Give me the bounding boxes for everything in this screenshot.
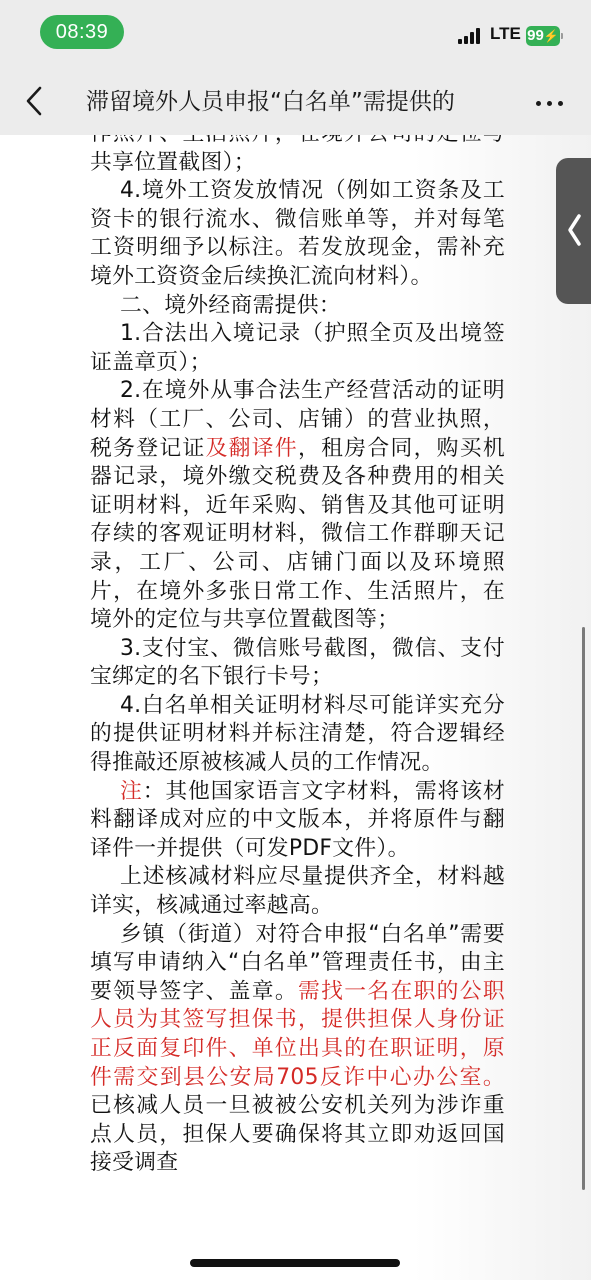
page-title: 滞留境外人员申报“白名单”需提供的: [86, 84, 506, 120]
document-content: 作照片、生活照片，在境外公司的定位与共享位置截图）；4.境外工资发放情况（例如工…: [90, 120, 505, 1178]
paragraph-text: 已核减人员一旦被被公安机关列为涉诈重点人员，担保人要确保将其立即劝返回国接受调查: [90, 1093, 505, 1175]
battery-level: 99: [527, 27, 544, 44]
chevron-left-icon: [18, 78, 58, 122]
status-bar: 08:39 LTE 99⚡: [0, 0, 591, 70]
scrollbar[interactable]: [582, 627, 585, 1190]
paragraph-text: ：其他国家语言文字材料，需将该材料翻译成对应的中文版本，并将原件与翻译件一并提供…: [90, 779, 505, 861]
highlighted-text: 及翻译件: [206, 436, 298, 461]
battery-icon: 99⚡: [526, 26, 560, 46]
doc-paragraph: 2.在境外从事合法生产经营活动的证明材料（工厂、公司、店铺）的营业执照，税务登记…: [90, 377, 505, 634]
more-dot: [536, 101, 541, 106]
charging-bolt-icon: ⚡: [544, 29, 559, 43]
paragraph-text: 4.白名单相关证明材料尽可能详实充分的提供证明材料并标注清楚，符合逻辑经得推敲还…: [90, 693, 505, 775]
chevron-left-icon: [564, 210, 586, 250]
paragraph-text: 上述核减材料应尽量提供齐全，材料越详实，核减通过率越高。: [90, 864, 505, 918]
doc-paragraph: 4.白名单相关证明材料尽可能详实充分的提供证明材料并标注清楚，符合逻辑经得推敲还…: [90, 692, 505, 778]
doc-paragraph: 上述核减材料应尽量提供齐全，材料越详实，核减通过率越高。: [90, 863, 505, 920]
more-dot: [547, 101, 552, 106]
nav-header: 滞留境外人员申报“白名单”需提供的: [0, 70, 591, 135]
more-button[interactable]: [530, 88, 570, 118]
highlighted-text: 注: [120, 779, 143, 804]
network-type: LTE: [490, 24, 521, 44]
more-dot: [558, 101, 563, 106]
title-fade: [466, 84, 506, 120]
doc-paragraph: 3.支付宝、微信账号截图，微信、支付宝绑定的名下银行卡号；: [90, 635, 505, 692]
doc-paragraph: 乡镇（街道）对符合申报“白名单”需要填写申请纳入“白名单”管理责任书，由主要领导…: [90, 921, 505, 1178]
back-button[interactable]: [18, 78, 58, 122]
battery-nub: [561, 33, 563, 39]
status-time: 08:39: [40, 15, 124, 49]
doc-paragraph: 注：其他国家语言文字材料，需将该材料翻译成对应的中文版本，并将原件与翻译件一并提…: [90, 778, 505, 864]
signal-icon: [458, 28, 484, 44]
paragraph-text: 3.支付宝、微信账号截图，微信、支付宝绑定的名下银行卡号；: [90, 636, 505, 690]
paragraph-text: 二、境外经商需提供：: [120, 293, 341, 318]
doc-paragraph: 1.合法出入境记录（护照全页及出境签证盖章页）；: [90, 320, 505, 377]
paragraph-text: 4.境外工资发放情况（例如工资条及工资卡的银行流水、微信账单等，并对每笔工资明细…: [90, 178, 505, 289]
paragraph-text: ，租房合同，购买机器记录，境外缴交税费及各种费用的相关证明材料，近年采购、销售及…: [90, 436, 505, 633]
doc-paragraph: 二、境外经商需提供：: [90, 292, 505, 321]
home-indicator[interactable]: [190, 1259, 400, 1267]
doc-paragraph: 4.境外工资发放情况（例如工资条及工资卡的银行流水、微信账单等，并对每笔工资明细…: [90, 177, 505, 291]
paragraph-text: 1.合法出入境记录（护照全页及出境签证盖章页）；: [90, 321, 505, 375]
floating-side-button[interactable]: [556, 158, 591, 304]
